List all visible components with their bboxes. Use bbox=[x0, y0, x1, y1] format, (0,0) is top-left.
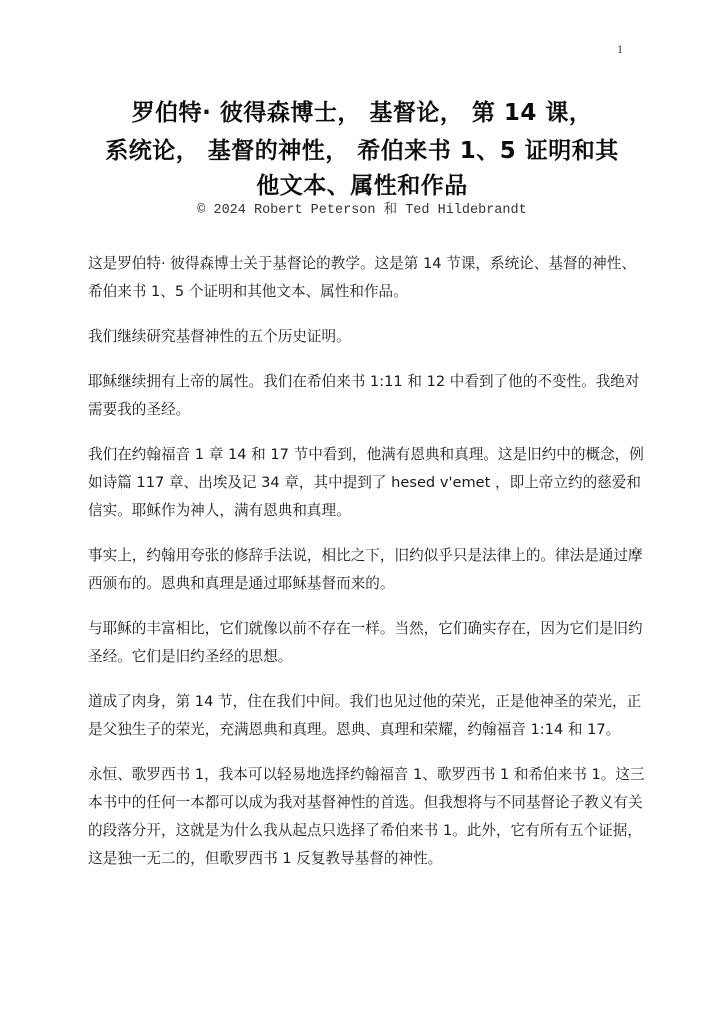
paragraph-grace-truth: 我们在约翰福音 1 章 14 和 17 节中看到，他满有恩典和真理。这是旧约中的… bbox=[88, 441, 648, 525]
page-number: 1 bbox=[617, 42, 623, 57]
document-body: 这是罗伯特· 彼得森博士关于基督论的教学。这是第 14 节课，系统论、基督的神性… bbox=[88, 250, 648, 890]
paragraph-intro: 这是罗伯特· 彼得森博士关于基督论的教学。这是第 14 节课，系统论、基督的神性… bbox=[88, 250, 648, 306]
paragraph-historical-proofs: 我们继续研究基督神性的五个历史证明。 bbox=[88, 323, 648, 351]
copyright-notice: © 2024 Robert Peterson 和 Ted Hildebrandt bbox=[60, 202, 664, 220]
document-title-line-1: 罗伯特· 彼得森博士， 基督论， 第 14 课， bbox=[60, 94, 664, 132]
paragraph-abundance: 与耶稣的丰富相比，它们就像以前不存在一样。当然，它们确实存在，因为它们是旧约圣经… bbox=[88, 615, 648, 671]
paragraph-law-moses: 事实上，约翰用夸张的修辞手法说，相比之下，旧约似乎只是法律上的。律法是通过摩西颁… bbox=[88, 542, 648, 598]
paragraph-eternity: 永恒、歌罗西书 1，我本可以轻易地选择约翰福音 1、歌罗西书 1 和希伯来书 1… bbox=[88, 761, 648, 873]
document-title-line-2: 系统论， 基督的神性， 希伯来书 1、5 证明和其 bbox=[60, 132, 664, 170]
document-header: 罗伯特· 彼得森博士， 基督论， 第 14 课， 系统论， 基督的神性， 希伯来… bbox=[60, 94, 664, 220]
paragraph-word-flesh: 道成了肉身，第 14 节，住在我们中间。我们也见过他的荣光，正是他神圣的荣光，正… bbox=[88, 688, 648, 744]
paragraph-attributes: 耶稣继续拥有上帝的属性。我们在希伯来书 1:11 和 12 中看到了他的不变性。… bbox=[88, 368, 648, 424]
document-title-line-3: 他文本、属性和作品 bbox=[60, 170, 664, 202]
